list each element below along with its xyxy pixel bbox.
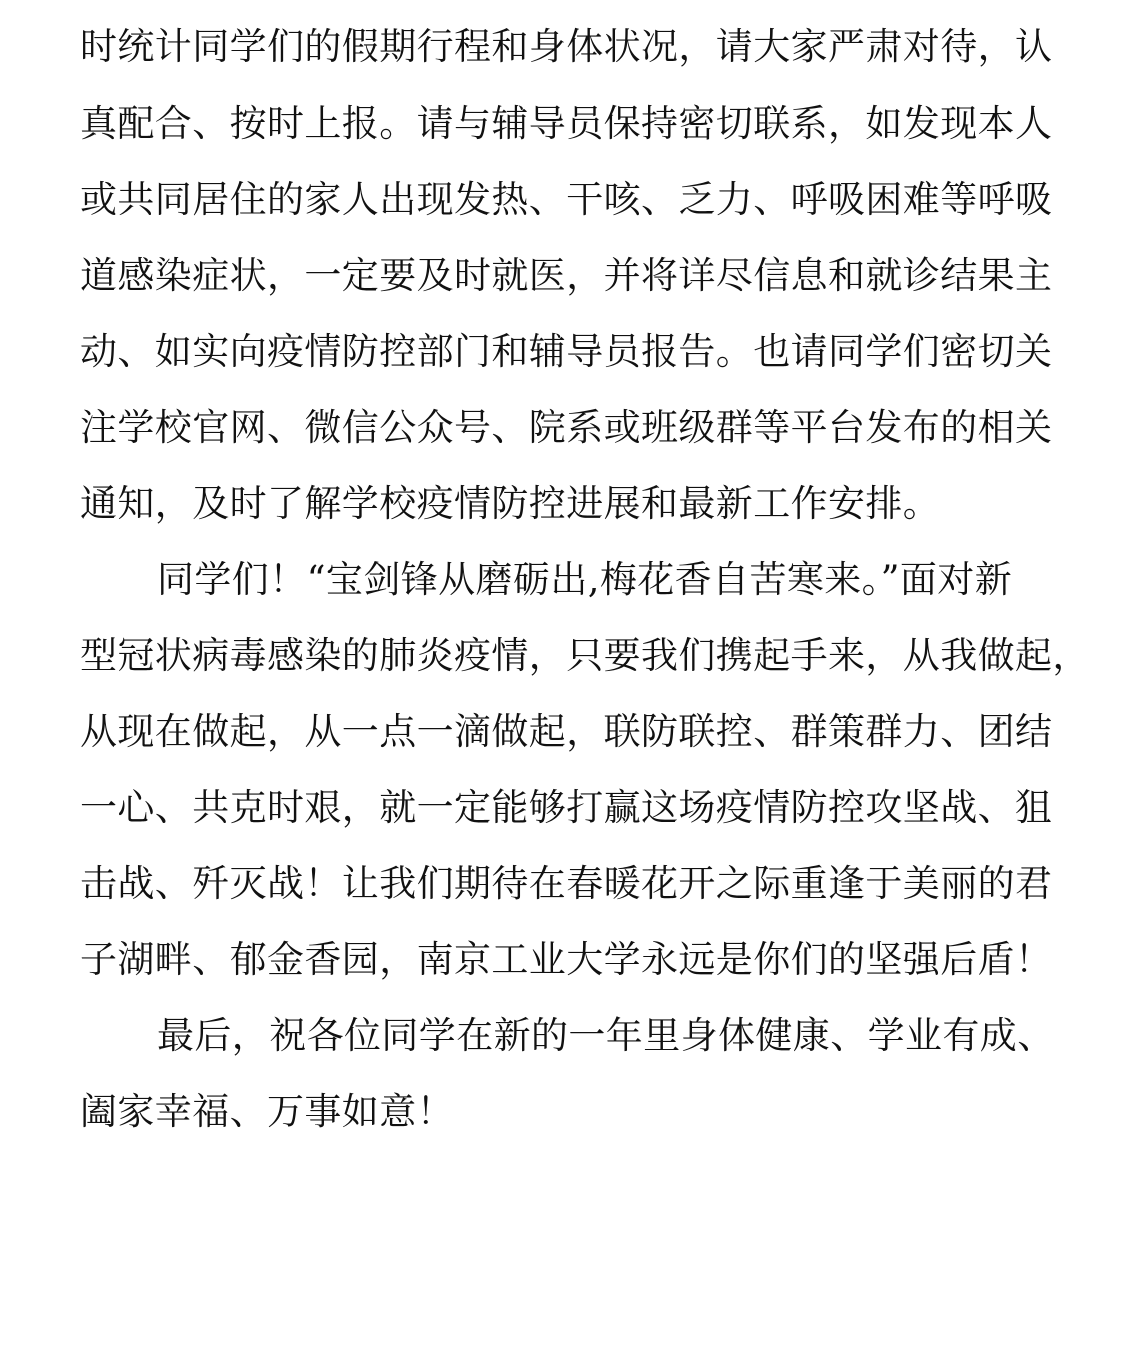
text-line: 动、如实向疫情防控部门和辅导员报告。也请同学们密切关 bbox=[80, 314, 1052, 390]
text-line: 通知，及时了解学校疫情防控进展和最新工作安排。 bbox=[80, 466, 940, 542]
text-line-indented: 同学们！“宝剑锋从磨砺出,梅花香自苦寒来。”面对新 bbox=[157, 542, 1012, 618]
text-line: 型冠状病毒感染的肺炎疫情，只要我们携起手来，从我做起， bbox=[80, 618, 1090, 694]
document-page: 时统计同学们的假期行程和身体状况，请大家严肃对待，认 真配合、按时上报。请与辅导… bbox=[0, 0, 1148, 1370]
text-line-indented: 最后，祝各位同学在新的一年里身体健康、学业有成、 bbox=[157, 998, 1055, 1074]
text-line: 时统计同学们的假期行程和身体状况，请大家严肃对待，认 bbox=[80, 9, 1052, 85]
text-line: 击战、歼灭战！让我们期待在春暖花开之际重逢于美丽的君 bbox=[80, 846, 1052, 922]
text-line: 子湖畔、郁金香园，南京工业大学永远是你们的坚强后盾！ bbox=[80, 922, 1052, 998]
text-line: 或共同居住的家人出现发热、干咳、乏力、呼吸困难等呼吸 bbox=[80, 162, 1052, 238]
text-line: 一心、共克时艰，就一定能够打赢这场疫情防控攻坚战、狙 bbox=[80, 770, 1052, 846]
text-line: 道感染症状，一定要及时就医，并将详尽信息和就诊结果主 bbox=[80, 238, 1052, 314]
text-line: 真配合、按时上报。请与辅导员保持密切联系，如发现本人 bbox=[80, 86, 1052, 162]
text-line: 阖家幸福、万事如意！ bbox=[80, 1074, 454, 1150]
text-line: 注学校官网、微信公众号、院系或班级群等平台发布的相关 bbox=[80, 390, 1052, 466]
text-line: 从现在做起，从一点一滴做起，联防联控、群策群力、团结 bbox=[80, 694, 1052, 770]
